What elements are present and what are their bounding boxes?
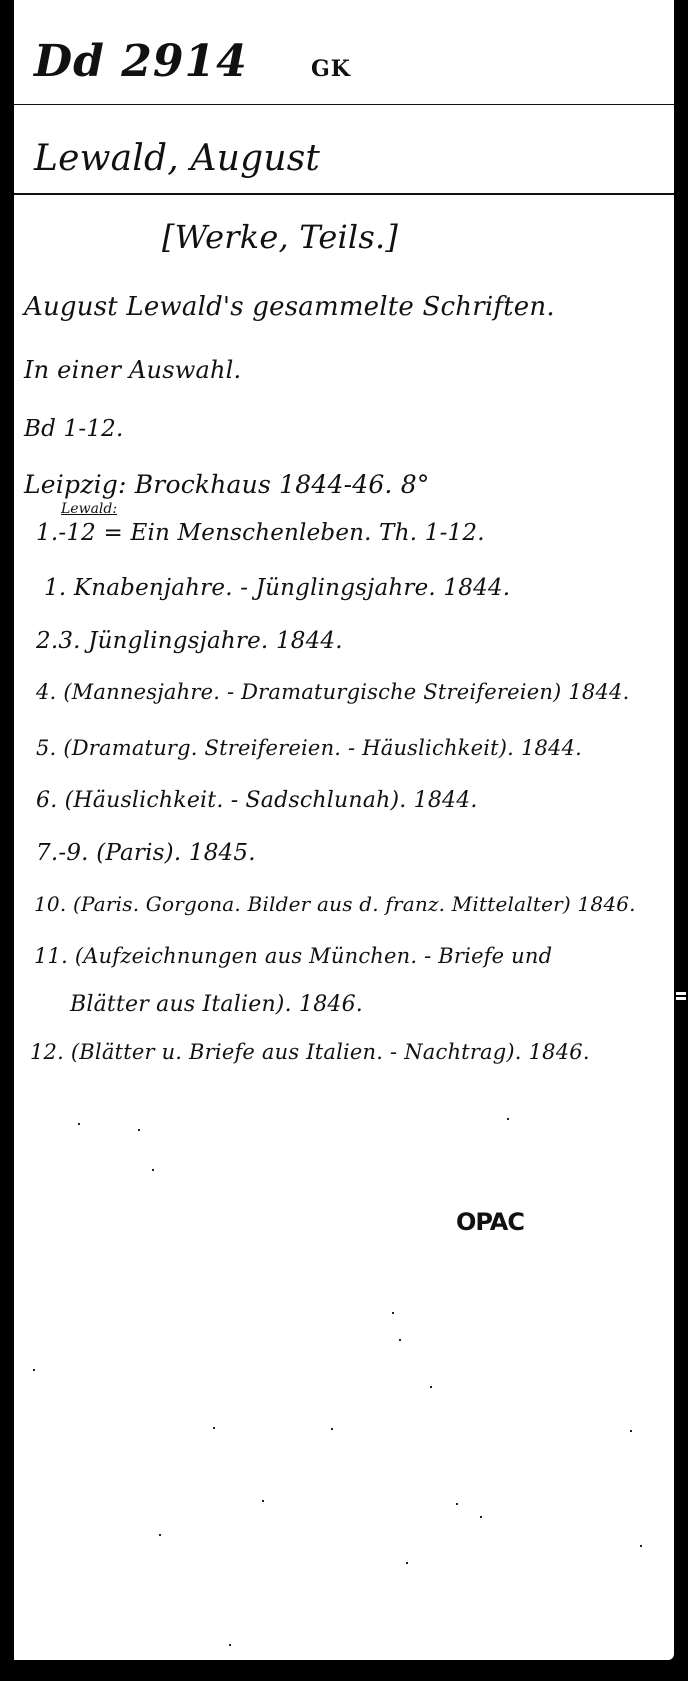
volume-number: 4. bbox=[36, 680, 56, 704]
volume-title: (Paris. Gorgona. Bilder aus d. franz. Mi… bbox=[73, 892, 571, 916]
contents-entry: 7.-9. (Paris). 1845. bbox=[36, 840, 256, 866]
contents-entry: 2.3. Jünglingsjahre. 1844. bbox=[36, 628, 343, 654]
volume-year: 1844. bbox=[568, 680, 629, 704]
contents-entry: 11. (Aufzeichnungen aus München. - Brief… bbox=[34, 944, 552, 968]
uniform-title: [Werke, Teils.] bbox=[162, 218, 398, 256]
volume-year: 1844. bbox=[521, 736, 582, 760]
rule-under-call-number bbox=[14, 104, 674, 105]
scan-speck bbox=[331, 1428, 333, 1430]
scan-speck bbox=[33, 1369, 35, 1371]
volume-title: Blätter aus Italien). bbox=[70, 992, 292, 1017]
contents-header: 1.-12 = Ein Menschenleben. Th. 1-12. bbox=[36, 520, 485, 546]
author-heading: Lewald, August bbox=[34, 138, 320, 179]
title-line-1: August Lewald's gesammelte Schriften. bbox=[24, 292, 555, 322]
series-gloss: Lewald: bbox=[61, 501, 117, 517]
scan-border-right bbox=[674, 0, 688, 1681]
contents-entry-continuation: Blätter aus Italien). 1846. bbox=[70, 992, 363, 1017]
volume-year: 1845. bbox=[189, 840, 256, 866]
scan-speck bbox=[78, 1123, 80, 1125]
volume-title: (Häuslichkeit. - Sadschlunah). bbox=[65, 788, 407, 813]
volume-number: 6. bbox=[36, 788, 57, 813]
volume-title: (Mannesjahre. - Dramaturgische Streifere… bbox=[63, 680, 561, 704]
volume-title: (Paris). bbox=[96, 840, 181, 866]
scan-speck bbox=[152, 1169, 154, 1171]
scan-speck bbox=[399, 1339, 401, 1341]
volume-year: 1846. bbox=[577, 892, 635, 916]
volume-number: 11. bbox=[34, 944, 68, 968]
volume-year: 1846. bbox=[529, 1040, 590, 1064]
volume-year: 1844. bbox=[414, 788, 478, 813]
scan-speck bbox=[229, 1644, 231, 1646]
scan-speck bbox=[159, 1534, 161, 1536]
scan-speck bbox=[480, 1516, 482, 1518]
scan-speck bbox=[630, 1430, 632, 1432]
volume-title: (Blätter u. Briefe aus Italien. - Nachtr… bbox=[71, 1040, 522, 1064]
volume-year: 1844. bbox=[276, 628, 343, 654]
scan-speck bbox=[640, 1545, 642, 1547]
volume-title: (Aufzeichnungen aus München. - Briefe un… bbox=[75, 944, 552, 968]
contents-entry: 10. (Paris. Gorgona. Bilder aus d. franz… bbox=[34, 892, 636, 916]
scan-speck bbox=[406, 1562, 408, 1564]
collection-code: GK bbox=[311, 56, 351, 82]
scan-border-left bbox=[0, 0, 14, 1681]
scan-speck bbox=[456, 1503, 458, 1505]
volume-number: 5. bbox=[36, 736, 56, 760]
volume-title: (Dramaturg. Streifereien. - Häuslichkeit… bbox=[63, 736, 514, 760]
rule-under-author bbox=[14, 193, 674, 195]
contents-entry: 1. Knabenjahre. - Jünglingsjahre. 1844. bbox=[44, 575, 510, 601]
scan-speck bbox=[392, 1312, 394, 1314]
volume-title: Knabenjahre. - Jünglingsjahre. bbox=[74, 575, 436, 601]
imprint: Leipzig: Brockhaus 1844-46. 8° bbox=[24, 470, 430, 499]
scan-border-bottom bbox=[0, 1660, 688, 1681]
scan-speck bbox=[138, 1129, 140, 1131]
volume-number: 12. bbox=[30, 1040, 64, 1064]
scan-speck bbox=[507, 1118, 509, 1120]
volume-year: 1846. bbox=[299, 992, 363, 1017]
contents-entry: 4. (Mannesjahre. - Dramaturgische Streif… bbox=[36, 680, 629, 704]
volume-number: 10. bbox=[34, 892, 66, 916]
scan-speck bbox=[262, 1500, 264, 1502]
scan-edge-marker bbox=[676, 992, 686, 995]
scan-speck bbox=[430, 1386, 432, 1388]
volume-year: 1844. bbox=[443, 575, 510, 601]
scan-speck bbox=[213, 1427, 215, 1429]
volume-number: 1. bbox=[44, 575, 66, 601]
contents-entry: 6. (Häuslichkeit. - Sadschlunah). 1844. bbox=[36, 788, 478, 813]
opac-stamp: OPAC bbox=[456, 1208, 524, 1236]
contents-entry: 12. (Blätter u. Briefe aus Italien. - Na… bbox=[30, 1040, 590, 1064]
volume-number: 7.-9. bbox=[36, 840, 89, 866]
volume-number: 2.3. bbox=[36, 628, 81, 654]
volumes-statement: Bd 1-12. bbox=[24, 416, 124, 442]
contents-entry: 5. (Dramaturg. Streifereien. - Häuslichk… bbox=[36, 736, 582, 760]
title-line-2: In einer Auswahl. bbox=[24, 356, 241, 384]
call-number: Dd 2914 bbox=[34, 36, 248, 87]
volume-title: Jünglingsjahre. bbox=[88, 628, 268, 654]
